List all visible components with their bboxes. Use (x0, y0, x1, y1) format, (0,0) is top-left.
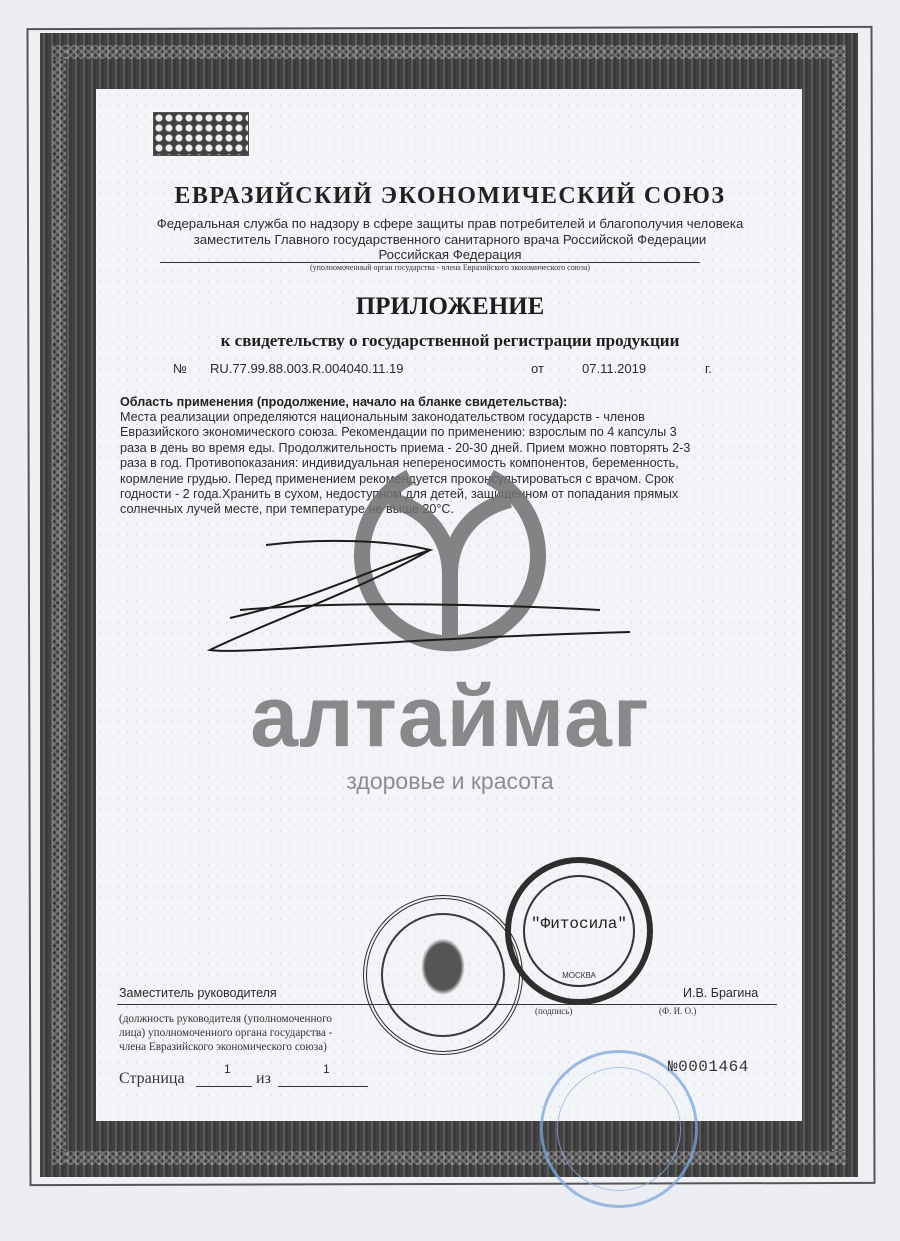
form-serial-number: №0001464 (668, 1058, 749, 1076)
name-caption: (Ф. И. О.) (659, 1006, 696, 1016)
signatory-name: И.В. Брагина (683, 986, 758, 1000)
ornament-emblem (153, 112, 249, 156)
company-stamp-name: "Фитосила" (511, 915, 647, 933)
registration-date: 07.11.2019 (582, 361, 646, 376)
company-round-stamp: "Фитосила" МОСКВА (505, 857, 653, 1005)
position-caption-line: лица) уполномоченного органа государства… (119, 1027, 332, 1041)
page-total-rule (278, 1086, 368, 1087)
position-caption-line: (должность руководителя (уполномоченного (119, 1013, 332, 1027)
registration-year-suffix: г. (705, 361, 712, 376)
watermark-brand: алтаймаг (0, 668, 900, 767)
signatory-position: Заместитель руководителя (119, 986, 277, 1000)
page-current: 1 (224, 1062, 231, 1076)
page-label: Страница (119, 1070, 185, 1088)
page-total: 1 (323, 1062, 330, 1076)
handwritten-signature (200, 530, 660, 660)
signature-rule (117, 1004, 777, 1005)
position-caption-line: члена Евразийского экономического союза) (119, 1041, 327, 1055)
union-title: ЕВРАЗИЙСКИЙ ЭКОНОМИЧЕСКИЙ СОЮЗ (0, 183, 900, 210)
registration-date-label: от (531, 361, 544, 376)
scope-line: раза в день во время еды. Продолжительно… (120, 441, 770, 456)
authority-line-2: заместитель Главного государственного са… (0, 232, 900, 247)
registration-number: RU.77.99.88.003.R.004040.11.19 (210, 361, 403, 376)
agency-round-stamp (363, 895, 523, 1055)
authority-line-3: Российская Федерация (0, 247, 900, 262)
page-of-label: из (256, 1070, 271, 1088)
watermark-tagline: здоровье и красота (0, 768, 900, 795)
registration-number-label: № (173, 361, 187, 376)
scope-heading: Область применения (продолжение, начало … (120, 395, 567, 409)
annex-title: ПРИЛОЖЕНИЕ (0, 293, 900, 321)
scope-line: Евразийского экономического союза. Реком… (120, 425, 770, 440)
annex-subtitle: к свидетельству о государственной регист… (0, 331, 900, 351)
signature-caption: (подпись) (535, 1006, 572, 1016)
authority-line-1: Федеральная служба по надзору в сфере за… (0, 216, 900, 231)
coat-of-arms-icon (415, 937, 471, 1003)
scope-line: Места реализации определяются национальн… (120, 410, 770, 425)
page-current-rule (196, 1086, 252, 1087)
company-stamp-city: МОСКВА (511, 971, 647, 980)
authority-caption: (уполномоченный орган государства - член… (0, 263, 900, 272)
